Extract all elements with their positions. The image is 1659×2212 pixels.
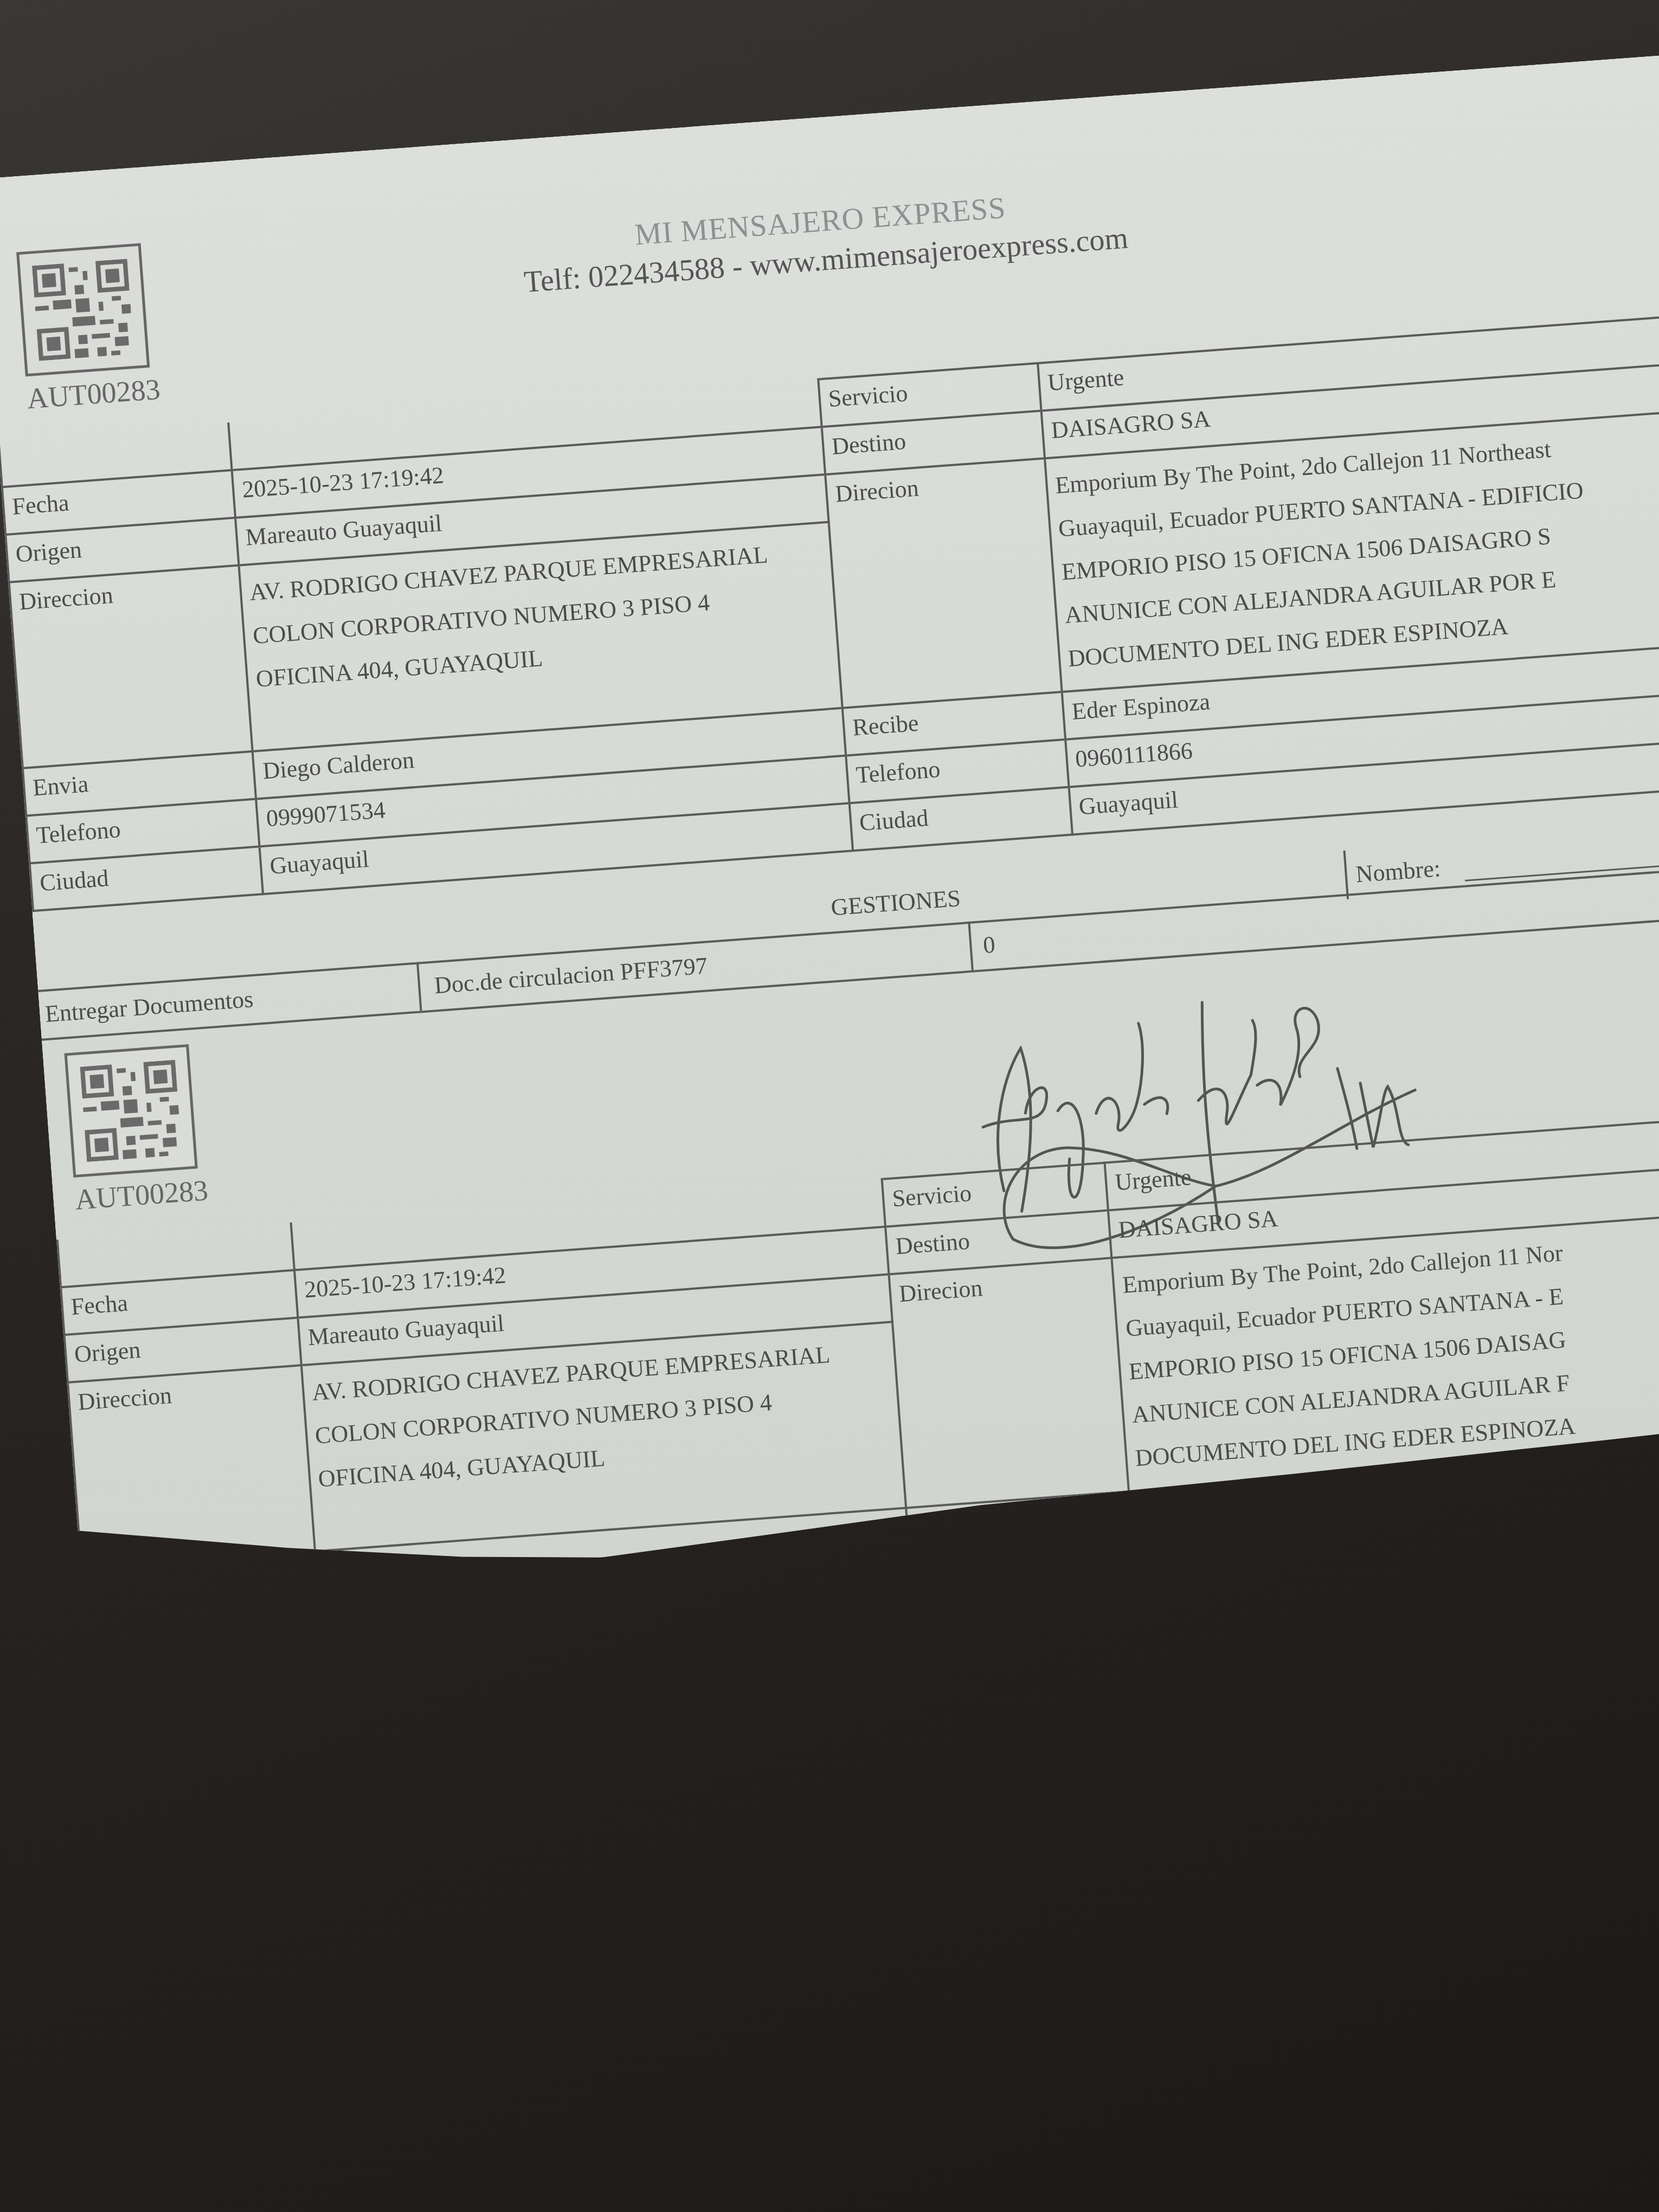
recipient-telefono-label: Telefono (910, 1539, 1136, 1603)
direcion-label: Direcion (825, 458, 1062, 708)
nombre-label: Nombre: (1355, 854, 1442, 888)
qr-code-icon (16, 243, 150, 376)
recipient-telefono-value: 0960111866 (1133, 1489, 1659, 1587)
qr-code-icon (65, 1044, 198, 1178)
delivery-slip-paper: MI MENSAJERO EXPRESS Telf: 022434588 - w… (0, 52, 1659, 1909)
shipment-table: Servicio Urgente Fecha 2025-10-23 17:19:… (0, 311, 1659, 912)
gestiones-task: Entregar Documentos (44, 985, 254, 1028)
gestiones-count: 0 (982, 931, 996, 959)
tracking-code: AUT00283 (26, 372, 162, 416)
tracking-code: AUT00283 (74, 1173, 209, 1217)
direccion-label: Direccion (68, 1365, 315, 1568)
shipment-table-copy: Servicio Urgente Fecha 2025-10-23 17:19:… (56, 1111, 1659, 1664)
direccion-label: Direccion (9, 565, 253, 768)
direcion-label: Direcion (889, 1258, 1129, 1508)
gestiones-title: GESTIONES (830, 884, 962, 921)
